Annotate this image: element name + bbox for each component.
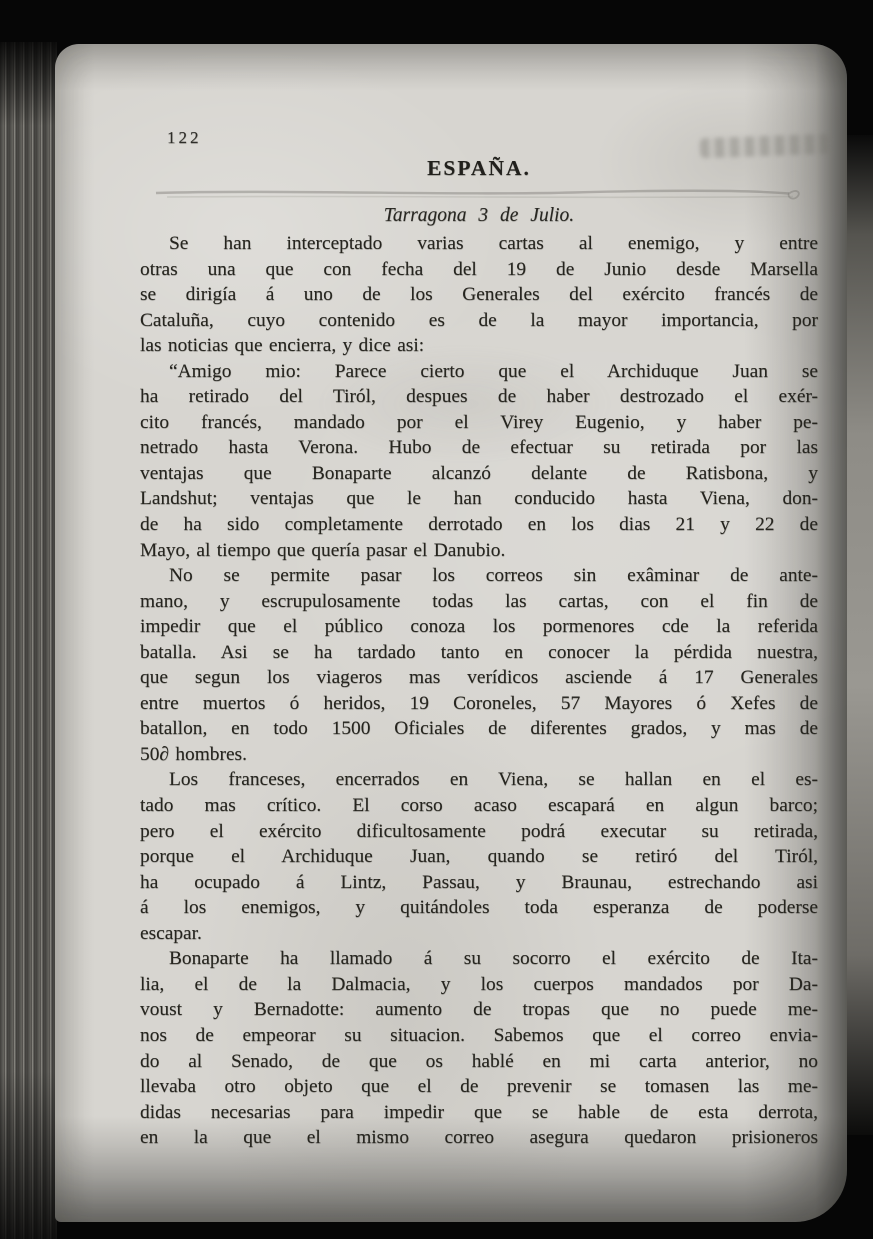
paragraph: Bonaparte ha llamado á su socorro el exé… bbox=[140, 946, 818, 1150]
page-fore-edge bbox=[846, 135, 873, 1135]
text-line: de ha sido completamente derrotado en lo… bbox=[140, 512, 818, 538]
text-line: entre muertos ó heridos, 19 Coroneles, 5… bbox=[140, 691, 818, 717]
article-body: Se han interceptado varias cartas al ene… bbox=[140, 231, 818, 1151]
text-line: escapar. bbox=[140, 921, 818, 947]
text-line: ventajas que Bonaparte alcanzó delante d… bbox=[140, 461, 818, 487]
text-line: Landshut; ventajas que le han conducido … bbox=[140, 486, 818, 512]
text-line: mano, y escrupulosamente todas las carta… bbox=[140, 589, 818, 615]
page-content: ESPAÑA. Tarragona 3 de Julio. Se han int… bbox=[140, 44, 818, 1151]
paragraph: Los franceses, encerrados en Viena, se h… bbox=[140, 767, 818, 946]
text-line: nos de empeorar su situacion. Sabemos qu… bbox=[140, 1023, 818, 1049]
dateline: Tarragona 3 de Julio. bbox=[140, 205, 818, 227]
book-spine-pages bbox=[0, 42, 57, 1239]
text-line: do al Senado, de que os hablé en mi cart… bbox=[140, 1049, 818, 1075]
text-line: en la que el mismo correo asegura quedar… bbox=[140, 1125, 818, 1151]
text-line: que segun los viageros mas verídicos asc… bbox=[140, 665, 818, 691]
text-line: batalla. Asi se ha tardado tanto en cono… bbox=[140, 640, 818, 666]
text-line: las noticias que encierra, y dice asi: bbox=[140, 333, 818, 359]
section-heading: ESPAÑA. bbox=[140, 156, 818, 181]
text-line: No se permite pasar los correos sin exâm… bbox=[140, 563, 818, 589]
text-line: lia, el de la Dalmacia, y los cuerpos ma… bbox=[140, 972, 818, 998]
text-line: didas necesarias para impedir que se hab… bbox=[140, 1100, 818, 1126]
text-line: batallon, en todo 1500 Oficiales de dife… bbox=[140, 716, 818, 742]
text-line: ha ocupado á Lintz, Passau, y Braunau, e… bbox=[140, 870, 818, 896]
text-line: á los enemigos, y quitándoles toda esper… bbox=[140, 895, 818, 921]
text-line: ha retirado del Tiról, despues de haber … bbox=[140, 384, 818, 410]
text-line: “Amigo mio: Parece cierto que el Archidu… bbox=[140, 359, 818, 385]
decorative-rule bbox=[153, 186, 805, 202]
text-line: Los franceses, encerrados en Viena, se h… bbox=[140, 767, 818, 793]
paragraph: Se han interceptado varias cartas al ene… bbox=[140, 231, 818, 359]
text-line: porque el Archiduque Juan, quando se ret… bbox=[140, 844, 818, 870]
book-page: 122 ESPAÑA. Tarragona 3 de Julio. Se han… bbox=[55, 44, 847, 1222]
text-line: Cataluña, cuyo contenido es de la mayor … bbox=[140, 308, 818, 334]
text-line: otras una que con fecha del 19 de Junio … bbox=[140, 257, 818, 283]
text-line: Bonaparte ha llamado á su socorro el exé… bbox=[140, 946, 818, 972]
text-line: pero el exército dificultosamente podrá … bbox=[140, 819, 818, 845]
paragraph: “Amigo mio: Parece cierto que el Archidu… bbox=[140, 359, 818, 563]
text-line: llevaba otro objeto que el de prevenir s… bbox=[140, 1074, 818, 1100]
text-line: Mayo, al tiempo que quería pasar el Danu… bbox=[140, 538, 818, 564]
text-line: Se han interceptado varias cartas al ene… bbox=[140, 231, 818, 257]
text-line: se dirigía á uno de los Generales del ex… bbox=[140, 282, 818, 308]
paragraph: No se permite pasar los correos sin exâm… bbox=[140, 563, 818, 767]
text-line: cito francés, mandado por el Virey Eugen… bbox=[140, 410, 818, 436]
text-line: impedir que el público conoza los pormen… bbox=[140, 614, 818, 640]
text-line: tado mas crítico. El corso acaso escapar… bbox=[140, 793, 818, 819]
text-line: voust y Bernadotte: aumento de tropas qu… bbox=[140, 997, 818, 1023]
text-line: netrado hasta Verona. Hubo de efectuar s… bbox=[140, 435, 818, 461]
book-scan: 122 ESPAÑA. Tarragona 3 de Julio. Se han… bbox=[0, 0, 873, 1239]
text-line: 50∂ hombres. bbox=[140, 742, 818, 768]
